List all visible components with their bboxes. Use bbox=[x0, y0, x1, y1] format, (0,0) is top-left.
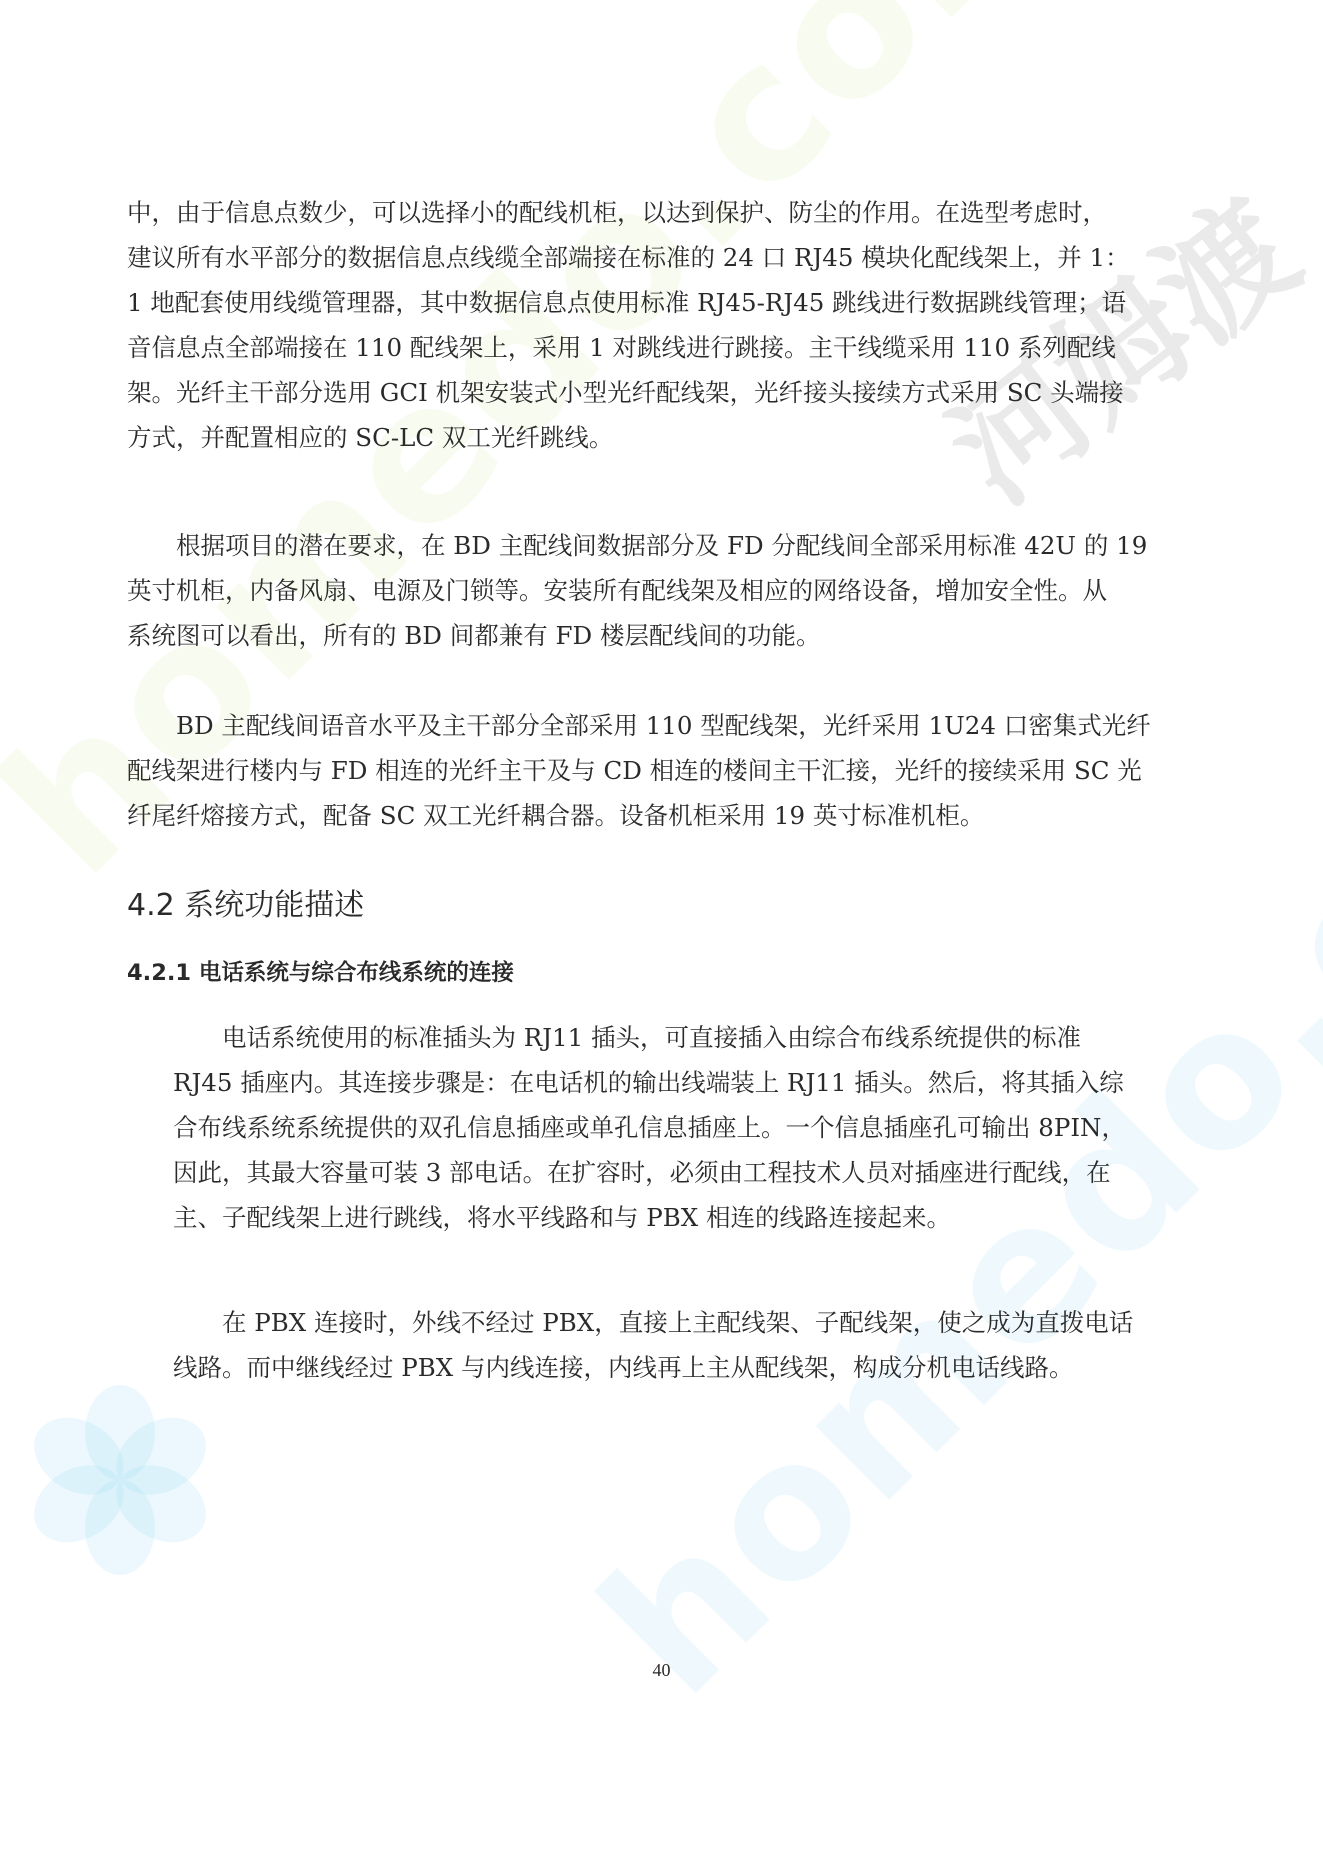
text-line: 根据项目的潜在要求，在 BD 主配线间数据部分及 FD 分配线间全部采用标准 4… bbox=[127, 523, 1192, 568]
text-line: 合布线系统系统提供的双孔信息插座或单孔信息插座上。一个信息插座孔可输出 8PIN… bbox=[173, 1105, 1193, 1150]
text-line: 因此，其最大容量可装 3 部电话。在扩容时，必须由工程技术人员对插座进行配线，在 bbox=[173, 1150, 1193, 1195]
page-number: 40 bbox=[0, 1660, 1323, 1681]
text-line: 主、子配线架上进行跳线，将水平线路和与 PBX 相连的线路连接起来。 bbox=[173, 1195, 1193, 1240]
section-heading: 4.2 系统功能描述 bbox=[127, 880, 364, 924]
text-line: 方式，并配置相应的 SC-LC 双工光纤跳线。 bbox=[127, 415, 1192, 460]
text-line: 英寸机柜，内备风扇、电源及门锁等。安装所有配线架及相应的网络设备，增加安全性。从 bbox=[127, 568, 1192, 613]
paragraph-cabinet-selection: 中，由于信息点数少，可以选择小的配线机柜，以达到保护、防尘的作用。在选型考虑时，… bbox=[127, 190, 1192, 460]
text-line: 架。光纤主干部分选用 GCI 机架安装式小型光纤配线架，光纤接头接续方式采用 S… bbox=[127, 370, 1192, 415]
document-page: 中，由于信息点数少，可以选择小的配线机柜，以达到保护、防尘的作用。在选型考虑时，… bbox=[0, 0, 1323, 1871]
paragraph-bd-voice-fiber: BD 主配线间语音水平及主干部分全部采用 110 型配线架，光纤采用 1U24 … bbox=[127, 703, 1192, 838]
text-line: 建议所有水平部分的数据信息点线缆全部端接在标准的 24 口 RJ45 模块化配线… bbox=[127, 235, 1192, 280]
paragraph-phone-connection: 电话系统使用的标准插头为 RJ11 插头，可直接插入由综合布线系统提供的标准 R… bbox=[173, 1015, 1193, 1240]
text-line: 系统图可以看出，所有的 BD 间都兼有 FD 楼层配线间的功能。 bbox=[127, 613, 1192, 658]
text-line: 配线架进行楼内与 FD 相连的光纤主干及与 CD 相连的楼间主干汇接，光纤的接续… bbox=[127, 748, 1192, 793]
text-line: 音信息点全部端接在 110 配线架上，采用 1 对跳线进行跳接。主干线缆采用 1… bbox=[127, 325, 1192, 370]
subsection-heading: 4.2.1 电话系统与综合布线系统的连接 bbox=[127, 955, 514, 987]
text-line: 纤尾纤熔接方式，配备 SC 双工光纤耦合器。设备机柜采用 19 英寸标准机柜。 bbox=[127, 793, 1192, 838]
paragraph-bd-fd-cabinets: 根据项目的潜在要求，在 BD 主配线间数据部分及 FD 分配线间全部采用标准 4… bbox=[127, 523, 1192, 658]
paragraph-pbx-connection: 在 PBX 连接时，外线不经过 PBX，直接上主配线架、子配线架，使之成为直拨电… bbox=[173, 1300, 1193, 1390]
text-line: 在 PBX 连接时，外线不经过 PBX，直接上主配线架、子配线架，使之成为直拨电… bbox=[173, 1300, 1193, 1345]
text-line: 中，由于信息点数少，可以选择小的配线机柜，以达到保护、防尘的作用。在选型考虑时， bbox=[127, 190, 1192, 235]
text-line: 电话系统使用的标准插头为 RJ11 插头，可直接插入由综合布线系统提供的标准 bbox=[173, 1015, 1193, 1060]
text-line: 1 地配套使用线缆管理器，其中数据信息点使用标准 RJ45-RJ45 跳线进行数… bbox=[127, 280, 1192, 325]
text-line: 线路。而中继线经过 PBX 与内线连接，内线再上主从配线架，构成分机电话线路。 bbox=[173, 1345, 1193, 1390]
text-line: BD 主配线间语音水平及主干部分全部采用 110 型配线架，光纤采用 1U24 … bbox=[127, 703, 1192, 748]
text-line: RJ45 插座内。其连接步骤是：在电话机的输出线端装上 RJ11 插头。然后，将… bbox=[173, 1060, 1193, 1105]
